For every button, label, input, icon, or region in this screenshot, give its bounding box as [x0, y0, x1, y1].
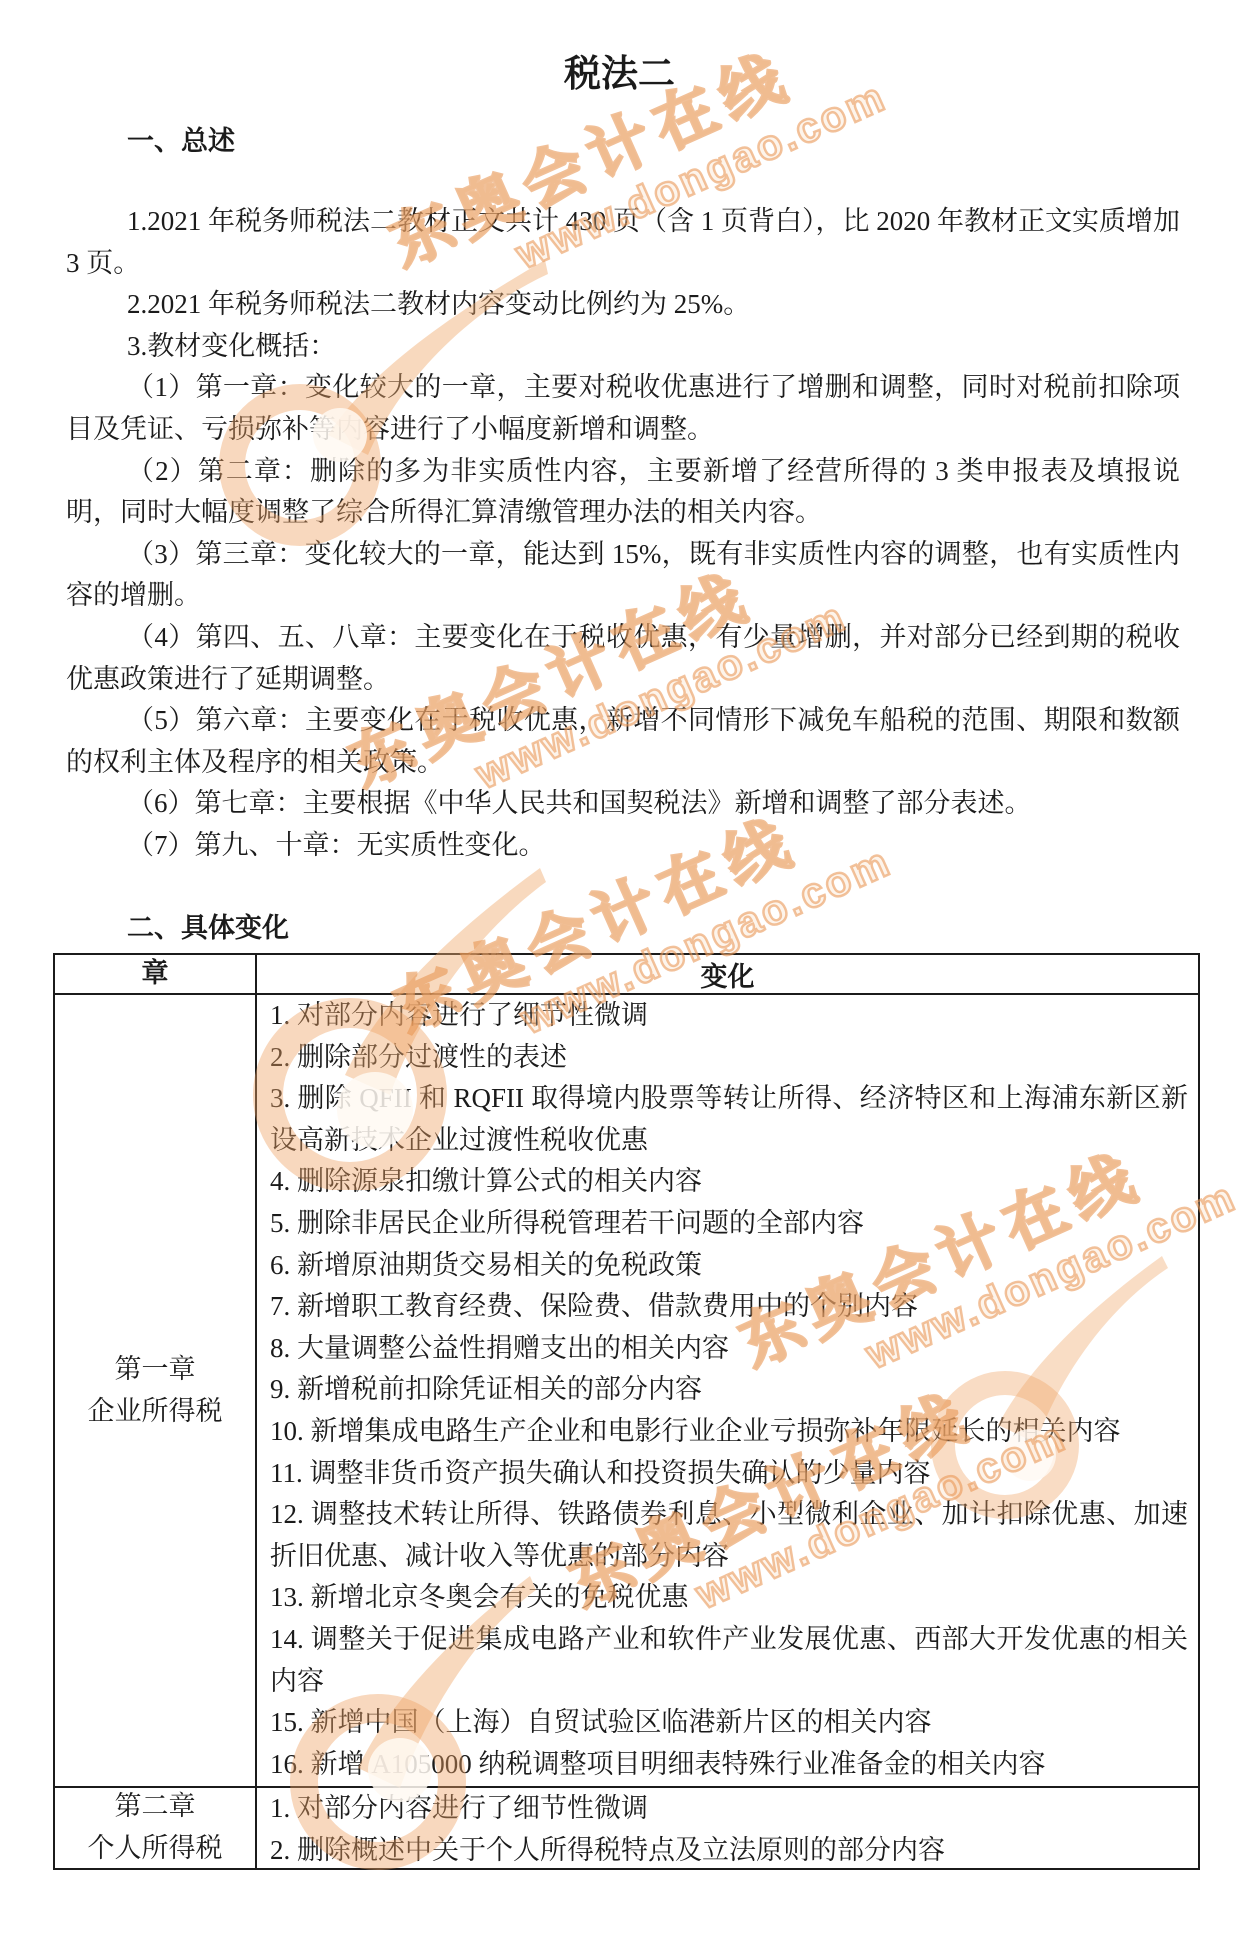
change-item: 4. 删除源泉扣缴计算公式的相关内容: [270, 1161, 1188, 1203]
table-row-chapter2: 第二章 个人所得税 1. 对部分内容进行了细节性微调 2. 删除概述中关于个人所…: [55, 1788, 1198, 1868]
change-item: 1. 对部分内容进行了细节性微调: [270, 1788, 1188, 1830]
section-overview-heading: 一、总述: [127, 124, 235, 158]
changes-cell: 1. 对部分内容进行了细节性微调 2. 删除部分过渡性的表述 3. 删除 QFI…: [257, 995, 1198, 1786]
change-item: 9. 新增税前扣除凭证相关的部分内容: [270, 1369, 1188, 1411]
overview-paragraph: （6）第七章：主要根据《中华人民共和国契税法》新增和调整了部分表述。: [66, 783, 1180, 825]
change-item: 1. 对部分内容进行了细节性微调: [270, 995, 1188, 1037]
change-item: 6. 新增原油期货交易相关的免税政策: [270, 1245, 1188, 1287]
overview-paragraph: （2）第二章：删除的多为非实质性内容，主要新增了经营所得的 3 类申报表及填报说…: [66, 451, 1180, 534]
change-item: 3. 删除 QFII 和 RQFII 取得境内股票等转让所得、经济特区和上海浦东…: [270, 1078, 1188, 1161]
change-item: 2. 删除部分过渡性的表述: [270, 1037, 1188, 1079]
table-header-chapter: 章: [55, 955, 257, 993]
overview-paragraph: （5）第六章：主要变化在于税收优惠，新增不同情形下减免车船税的范围、期限和数额的…: [66, 700, 1180, 783]
change-item: 12. 调整技术转让所得、铁路债券利息、小型微利企业、加计扣除优惠、加速折旧优惠…: [270, 1494, 1188, 1577]
chapter-name: 第二章: [115, 1788, 196, 1828]
overview-paragraph: 2.2021 年税务师税法二教材内容变动比例约为 25%。: [66, 284, 1180, 326]
change-item: 11. 调整非货币资产损失确认和投资损失确认的少量内容: [270, 1453, 1188, 1495]
change-item: 2. 删除概述中关于个人所得税特点及立法原则的部分内容: [270, 1830, 1188, 1868]
overview-paragraph: （4）第四、五、八章：主要变化在于税收优惠，有少量增删，并对部分已经到期的税收优…: [66, 617, 1180, 700]
change-item: 15. 新增中国（上海）自贸试验区临港新片区的相关内容: [270, 1702, 1188, 1744]
change-item: 10. 新增集成电路生产企业和电影行业企业亏损弥补年限延长的相关内容: [270, 1411, 1188, 1453]
changes-table: 章 变化 第一章 企业所得税 1. 对部分内容进行了细节性微调 2. 删除部分过…: [53, 953, 1200, 1870]
overview-paragraphs: 1.2021 年税务师税法二教材正文共计 430 页（含 1 页背白），比 20…: [66, 201, 1180, 867]
table-header-row: 章 变化: [55, 955, 1198, 995]
document-page: 东奥会计在线 www.dongao.com 东奥会计在线 www.dongao.…: [0, 0, 1239, 1933]
change-item: 8. 大量调整公益性捐赠支出的相关内容: [270, 1328, 1188, 1370]
overview-paragraph: （7）第九、十章：无实质性变化。: [66, 825, 1180, 867]
table-row-chapter1: 第一章 企业所得税 1. 对部分内容进行了细节性微调 2. 删除部分过渡性的表述…: [55, 995, 1198, 1788]
overview-paragraph: 1.2021 年税务师税法二教材正文共计 430 页（含 1 页背白），比 20…: [66, 201, 1180, 284]
page-title: 税法二: [0, 53, 1239, 95]
chapter-cell: 第一章 企业所得税: [55, 995, 257, 1786]
chapter-name: 第一章: [115, 1349, 196, 1391]
change-item: 13. 新增北京冬奥会有关的免税优惠: [270, 1577, 1188, 1619]
table-header-changes: 变化: [257, 955, 1198, 993]
overview-paragraph: （3）第三章：变化较大的一章，能达到 15%，既有非实质性内容的调整，也有实质性…: [66, 534, 1180, 617]
overview-paragraph: 3.教材变化概括：: [66, 326, 1180, 368]
changes-cell: 1. 对部分内容进行了细节性微调 2. 删除概述中关于个人所得税特点及立法原则的…: [257, 1788, 1198, 1868]
change-item: 7. 新增职工教育经费、保险费、借款费用中的个别内容: [270, 1286, 1188, 1328]
chapter-cell: 第二章 个人所得税: [55, 1788, 257, 1868]
change-item: 16. 新增 A105000 纳税调整项目明细表特殊行业准备金的相关内容: [270, 1744, 1188, 1786]
change-item: 5. 删除非居民企业所得税管理若干问题的全部内容: [270, 1203, 1188, 1245]
chapter-tax-type: 个人所得税: [88, 1828, 223, 1868]
section-changes-heading: 二、具体变化: [127, 911, 289, 945]
change-item: 14. 调整关于促进集成电路产业和软件产业发展优惠、西部大开发优惠的相关内容: [270, 1619, 1188, 1702]
overview-paragraph: （1）第一章：变化较大的一章，主要对税收优惠进行了增删和调整，同时对税前扣除项目…: [66, 367, 1180, 450]
chapter-tax-type: 企业所得税: [88, 1391, 223, 1433]
